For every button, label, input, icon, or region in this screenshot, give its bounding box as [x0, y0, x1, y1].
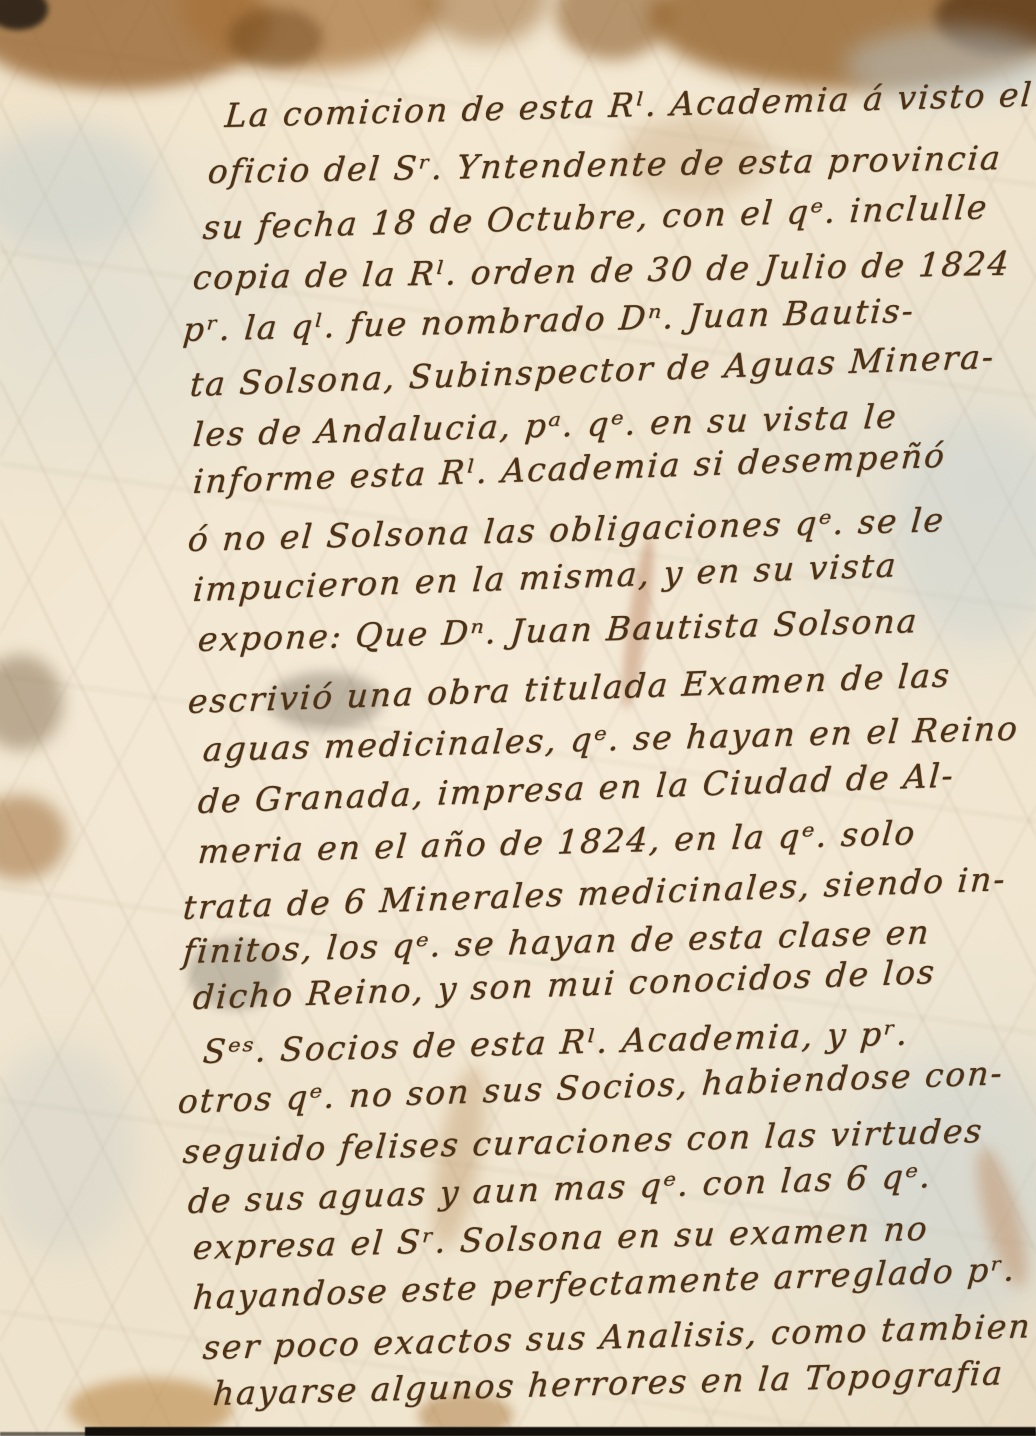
manuscript-page: La comicion de esta Rˡ. Academia á visto… — [0, 0, 1036, 1436]
scan-edge — [0, 1432, 1036, 1436]
stain — [228, 8, 323, 68]
